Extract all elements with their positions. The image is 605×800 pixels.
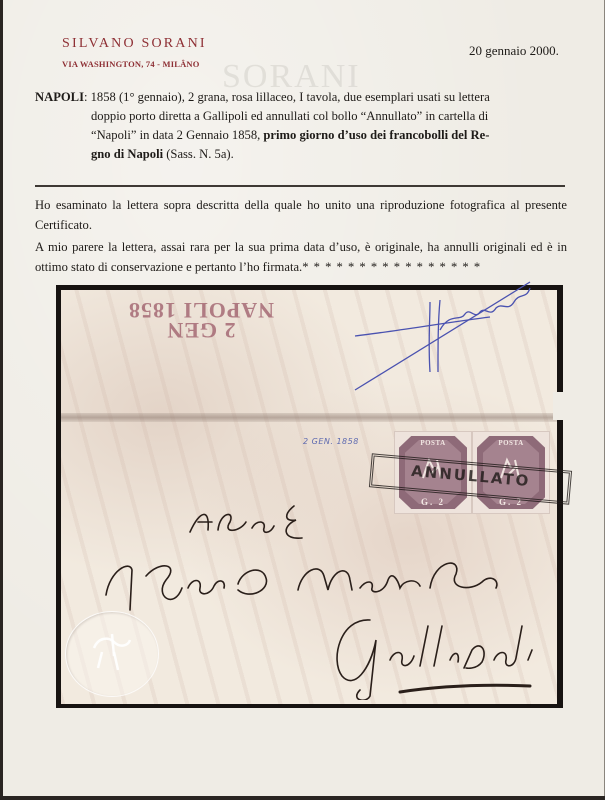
page-border-left: [0, 0, 3, 800]
certificate-date: 20 gennaio 2000.: [469, 43, 559, 59]
item-description: NAPOLI: 1858 (1° gennaio), 2 grana, rosa…: [35, 88, 565, 164]
country-label: NAPOLI: [35, 90, 84, 104]
napoli-postmark: 2 GEN NAPOLI 1858: [128, 300, 274, 340]
description-line-4: gno di Napoli (Sass. N. 5a).: [35, 145, 565, 164]
letterhead: SILVANO SORANI VIA WASHINGTON, 74 - MILÂ…: [62, 36, 207, 69]
embossed-seal: [65, 611, 159, 697]
expert-name: SILVANO SORANI: [62, 36, 207, 52]
horse-emblem-icon: [84, 626, 140, 678]
expert-signature-icon: [330, 262, 560, 402]
description-line-1: NAPOLI: 1858 (1° gennaio), 2 grana, rosa…: [35, 90, 490, 104]
certificate-page: SILVANO SORANI VIA WASHINGTON, 74 - MILÂ…: [0, 0, 605, 800]
page-border-bottom: [0, 796, 605, 800]
divider: [35, 185, 565, 187]
description-line-3: “Napoli” in data 2 Gennaio 1858, primo g…: [35, 126, 565, 145]
letter-fold: [61, 413, 557, 422]
examination-paragraph: Ho esaminato la lettera sopra descritta …: [35, 195, 567, 235]
description-line-2: doppio porto diretta a Gallipoli ed annu…: [35, 107, 565, 126]
expert-address: VIA WASHINGTON, 74 - MILÂNO: [62, 59, 207, 69]
pencil-date-note: 2 GEN. 1858: [303, 437, 359, 446]
